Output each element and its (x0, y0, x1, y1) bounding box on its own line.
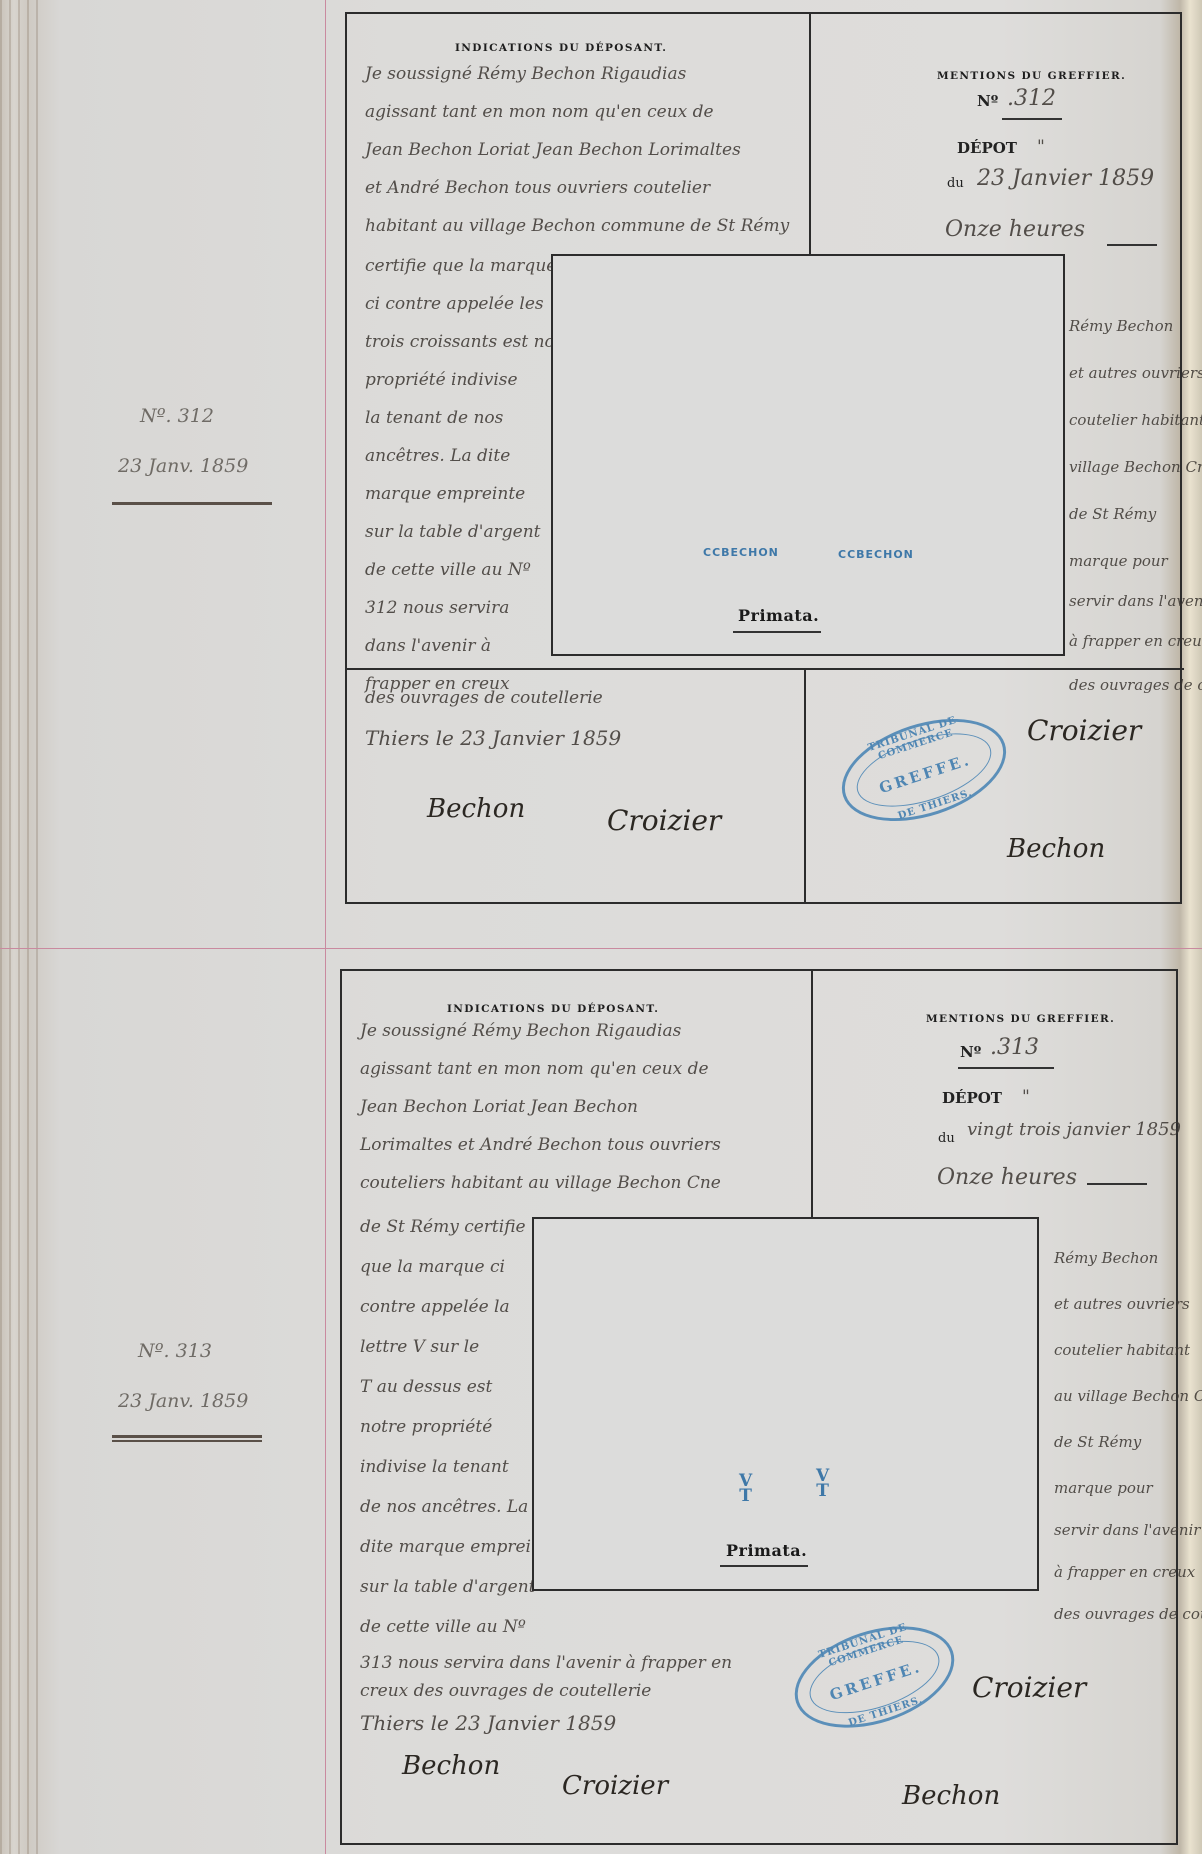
margin-rule-vertical (325, 0, 326, 1854)
primata-label: Primata. (738, 606, 819, 625)
depot-hour: Onze heures (945, 219, 1085, 241)
header-indications: INDICATIONS DU DÉPOSANT. (447, 1003, 659, 1015)
clerk-note-line: marque pour (1054, 1481, 1153, 1496)
declaration-line: 313 nous servira dans l'avenir à frapper… (360, 1655, 732, 1672)
clerk-note-line: servir dans l'avenir (1069, 594, 1202, 609)
declaration-line: contre appelée la (360, 1299, 510, 1316)
mark-impression: CCBECHON (703, 546, 779, 559)
depot-ditto: " (1037, 139, 1045, 156)
declaration-line: lettre V sur le (360, 1339, 479, 1356)
declaration-line: couteliers habitant au village Bechon Cn… (360, 1175, 721, 1192)
book-binding-edge (0, 0, 40, 1854)
declaration-line: T au dessus est (360, 1379, 492, 1396)
clerk-countersign: Bechon (902, 1781, 1000, 1811)
margin-number: Nº. 312 (140, 405, 214, 427)
margin-number: Nº. 313 (138, 1340, 212, 1362)
greffe-stamp: TRIBUNAL DE COMMERCE GREFFE. DE THIERS. (782, 1608, 967, 1746)
clerk-note-line: Rémy Bechon (1054, 1251, 1158, 1266)
clerk-signature: Croizier (607, 804, 721, 837)
declaration-line: indivise la tenant (360, 1459, 509, 1476)
declaration-line: Je soussigné Rémy Bechon Rigaudias (365, 66, 686, 83)
declaration-line: la tenant de nos (365, 410, 503, 427)
depot-date: 23 Janvier 1859 (977, 168, 1154, 190)
declaration-line: certifie que la marque (365, 258, 556, 275)
primata-label: Primata. (726, 1541, 807, 1560)
declaration-line: Lorimaltes et André Bechon tous ouvriers (360, 1137, 721, 1154)
declaration-line: marque empreinte (365, 486, 525, 503)
margin-rule-horizontal (0, 948, 1202, 949)
declaration-date-line: Thiers le 23 Janvier 1859 (360, 1713, 616, 1733)
clerk-note-line: des ouvrages de coutellerie (1069, 678, 1202, 693)
du-label: du (947, 176, 964, 191)
greffe-stamp: TRIBUNAL DE COMMERCE GREFFE. DE THIERS. (829, 700, 1019, 840)
numero-value: .312 (1007, 88, 1056, 110)
clerk-note-line: Rémy Bechon (1069, 319, 1173, 334)
numero-label: Nº (960, 1043, 981, 1061)
margin-underline (112, 1435, 262, 1438)
declaration-date-line: Thiers le 23 Janvier 1859 (365, 728, 621, 748)
declaration-line: Jean Bechon Loriat Jean Bechon (360, 1099, 638, 1116)
clerk-countersign: Bechon (1007, 834, 1105, 864)
clerk-note-line: de St Rémy (1069, 507, 1156, 522)
declaration-line: de cette ville au Nº (360, 1619, 526, 1636)
clerk-note-line: de St Rémy (1054, 1435, 1141, 1450)
primata-underline (720, 1565, 808, 1567)
declaration-line: notre propriété (360, 1419, 492, 1436)
declaration-line: creux des ouvrages de coutellerie (360, 1683, 651, 1700)
numero-value: .313 (990, 1037, 1039, 1059)
margin-underline (112, 502, 272, 505)
mark-impression-vt: V T (739, 1474, 752, 1505)
clerk-note-line: à frapper en creux (1069, 634, 1202, 649)
depot-date: vingt trois janvier 1859 (967, 1121, 1181, 1139)
mark-impression-box: V T V T Primata. (532, 1217, 1039, 1591)
declaration-line: agissant tant en mon nom qu'en ceux de (360, 1061, 709, 1078)
margin-underline-2 (112, 1440, 262, 1442)
mark-impression: CCBECHON (838, 548, 914, 561)
clerk-right-signature: Croizier (1027, 714, 1141, 747)
clerk-note-line: coutelier habitant (1054, 1343, 1190, 1358)
clerk-note-line: des ouvrages de coutellerie (1054, 1607, 1202, 1622)
du-label: du (938, 1131, 955, 1146)
depositor-signature: Bechon (427, 794, 525, 824)
depot-ditto: " (1022, 1089, 1030, 1106)
declaration-line: habitant au village Bechon commune de St… (365, 218, 789, 235)
margin-date: 23 Janv. 1859 (118, 455, 248, 477)
column-divider-bottom (804, 668, 806, 904)
declaration-line: des ouvrages de coutellerie (365, 690, 603, 707)
column-divider (811, 971, 813, 1221)
header-mentions: MENTIONS DU GREFFIER. (926, 1013, 1115, 1025)
hour-dash (1087, 1183, 1147, 1185)
declaration-line: propriété indivise (365, 372, 518, 389)
declaration-line: de nos ancêtres. La (360, 1499, 528, 1516)
declaration-line: dans l'avenir à (365, 638, 491, 655)
clerk-note-line: et autres ouvriers (1054, 1297, 1190, 1312)
primata-underline (733, 631, 821, 633)
declaration-line: ancêtres. La dite (365, 448, 510, 465)
declaration-line: dite marque empreinte (360, 1539, 559, 1556)
section-divider (347, 668, 1184, 670)
margin-date: 23 Janv. 1859 (118, 1390, 248, 1412)
header-mentions: MENTIONS DU GREFFIER. (937, 70, 1126, 82)
declaration-line: sur la table d'argent (360, 1579, 535, 1596)
clerk-note-line: au village Bechon Cne (1054, 1389, 1202, 1404)
register-page: Nº. 312 23 Janv. 1859 INDICATIONS DU DÉP… (0, 0, 1202, 1854)
declaration-line: sur la table d'argent (365, 524, 540, 541)
declaration-line: de St Rémy certifie (360, 1219, 526, 1236)
depot-hour: Onze heures (937, 1167, 1077, 1189)
mark-impression-box: CCBECHON CCBECHON Primata. (551, 254, 1065, 656)
depot-label: DÉPOT (957, 139, 1017, 157)
numero-label: Nº (977, 92, 998, 110)
clerk-note-line: coutelier habitant (1069, 413, 1202, 428)
declaration-line: agissant tant en mon nom qu'en ceux de (365, 104, 714, 121)
column-divider (809, 14, 811, 258)
declaration-line: trois croissants est notre (365, 334, 580, 351)
clerk-note-line: et autres ouvriers (1069, 366, 1202, 381)
clerk-note-line: à frapper en creux (1054, 1565, 1195, 1580)
mark-impression-vt: V T (816, 1469, 829, 1500)
clerk-right-signature: Croizier (972, 1671, 1086, 1704)
clerk-note-line: village Bechon Cne (1069, 460, 1202, 475)
declaration-line: Je soussigné Rémy Bechon Rigaudias (360, 1023, 681, 1040)
declaration-line: ci contre appelée les (365, 296, 544, 313)
numero-underline (1002, 118, 1062, 120)
declaration-line: que la marque ci (360, 1259, 505, 1276)
depot-label: DÉPOT (942, 1089, 1002, 1107)
clerk-note-line: servir dans l'avenir (1054, 1523, 1200, 1538)
mark-letter-t: T (816, 1484, 829, 1499)
header-indications: INDICATIONS DU DÉPOSANT. (455, 42, 667, 54)
clerk-note-line: marque pour (1069, 554, 1168, 569)
numero-underline (958, 1067, 1054, 1069)
clerk-signature: Croizier (562, 1771, 668, 1801)
mark-letter-t: T (739, 1489, 752, 1504)
declaration-line: Jean Bechon Loriat Jean Bechon Lorimalte… (365, 142, 741, 159)
declaration-line: et André Bechon tous ouvriers coutelier (365, 180, 710, 197)
depositor-signature: Bechon (402, 1751, 500, 1781)
hour-dash (1107, 244, 1157, 246)
declaration-line: de cette ville au Nº (365, 562, 531, 579)
declaration-line: 312 nous servira (365, 600, 509, 617)
